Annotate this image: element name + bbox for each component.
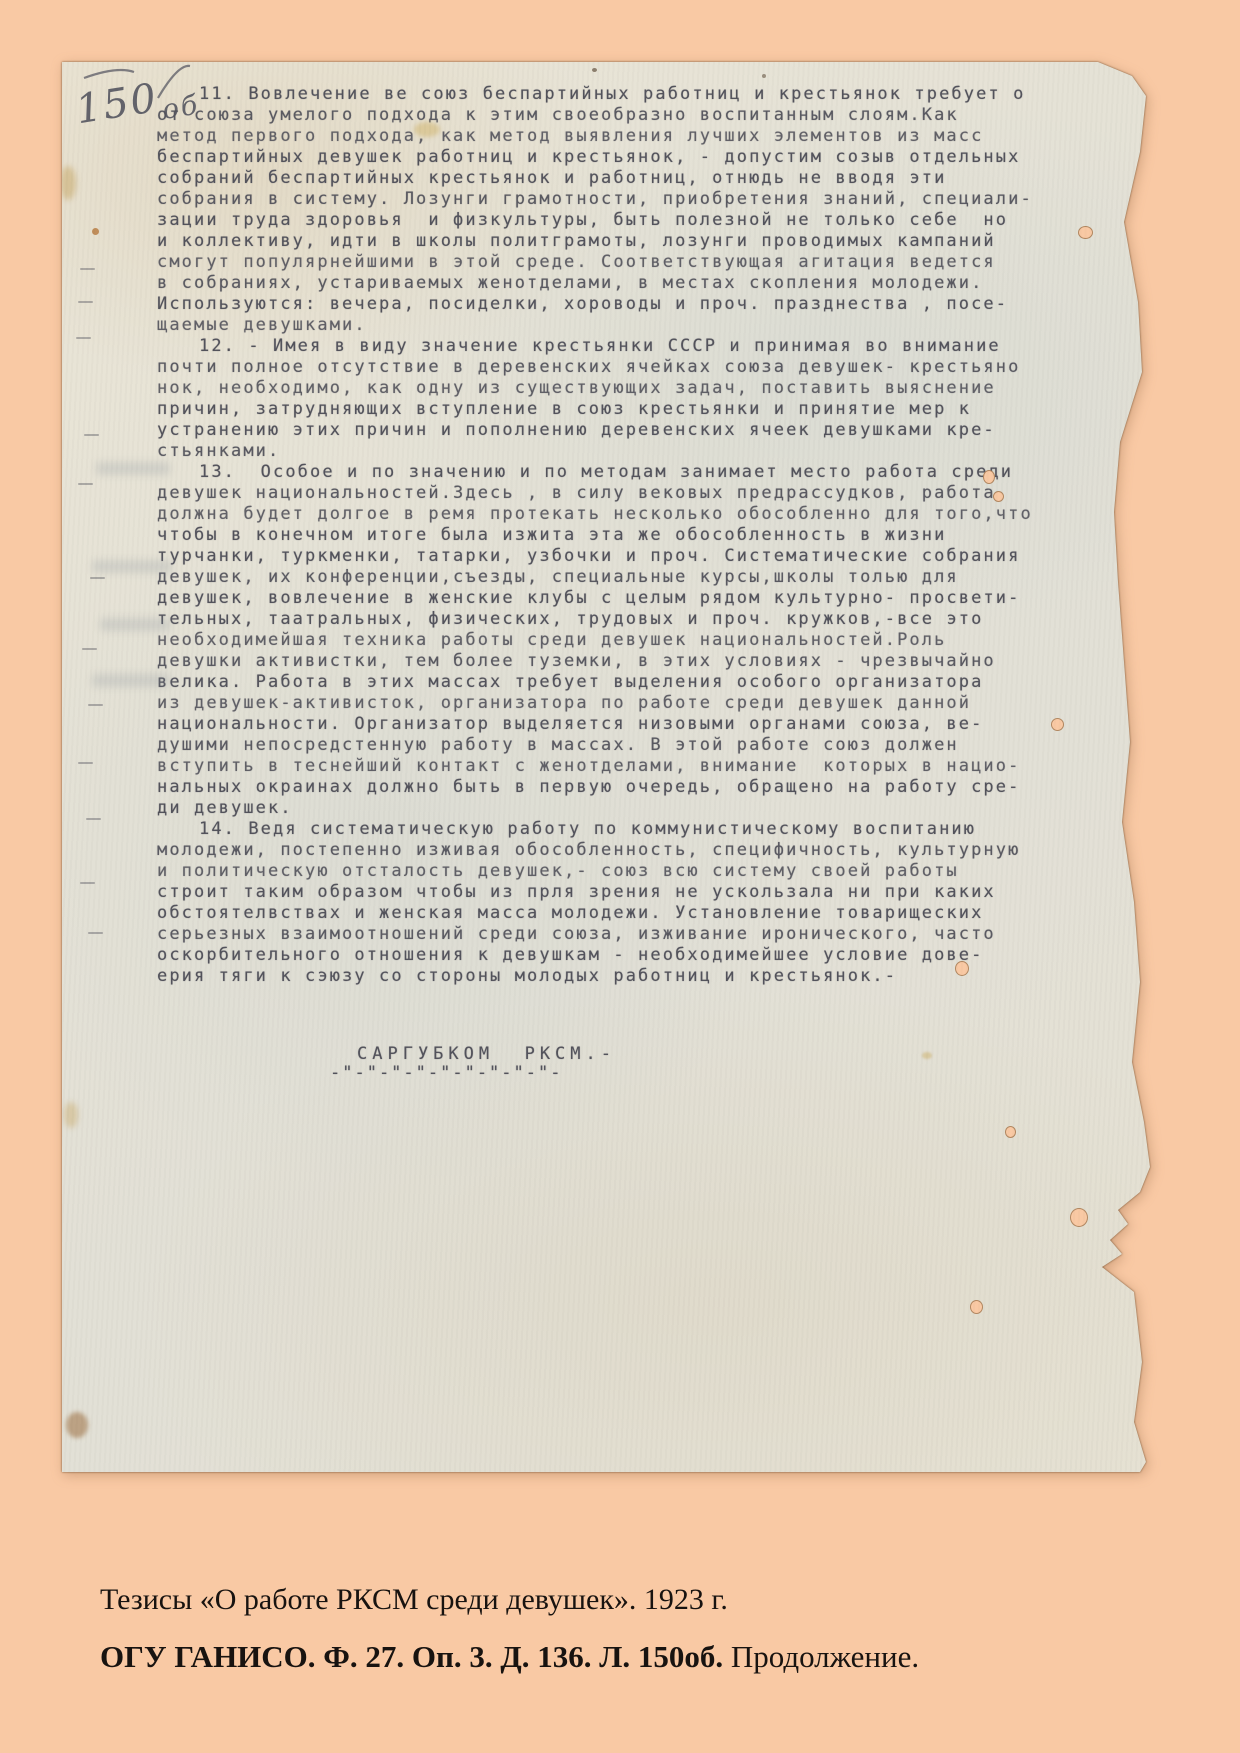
- text-line: от союза умелого подхода к этим своеобра…: [157, 105, 1147, 126]
- typewritten-text: 11. Вовлечение ве союз беспартийных рабо…: [157, 84, 1147, 987]
- pencil-mark: [86, 818, 101, 820]
- archive-page: 150об 11. Вовлечение ве союз беспартийны…: [62, 62, 1154, 1472]
- text-line: девушки активистки, тем более туземки, в…: [157, 651, 1147, 672]
- text-line: нок, необходимо, как одну из существующи…: [157, 378, 1147, 399]
- text-line: Используются: вечера, посиделки, хоровод…: [157, 294, 1147, 315]
- paper-hole: [1078, 226, 1093, 239]
- stain: [60, 166, 76, 200]
- paper-hole: [970, 1300, 983, 1314]
- pencil-mark: [84, 434, 99, 436]
- paper-hole: [955, 961, 969, 976]
- text-line: причин, затрудняющих вступление в союз к…: [157, 399, 1147, 420]
- text-line: в собраниях, устариваемых женотделами, в…: [157, 273, 1147, 294]
- text-line: необходимейшая техника работы среди деву…: [157, 630, 1147, 651]
- text-line: обстоятелвствах и женская масса молодежи…: [157, 903, 1147, 924]
- text-line: собрания в систему. Лозунги грамотности,…: [157, 189, 1147, 210]
- stain: [92, 228, 99, 235]
- text-line: из девушек-активисток, организатора по р…: [157, 693, 1147, 714]
- text-line: национальности. Организатор выделяется н…: [157, 714, 1147, 735]
- text-line: 11. Вовлечение ве союз беспартийных рабо…: [157, 84, 1147, 105]
- text-line: 14. Ведя систематическую работу по комму…: [157, 819, 1147, 840]
- text-line: девушек, вовлечение в женские клубы с це…: [157, 588, 1147, 609]
- paper-hole: [993, 491, 1004, 502]
- signature-underline: -"-"-"-"-"-"-"-"-"-: [330, 1063, 562, 1083]
- text-line: строит таким образом чтобы из прля зрени…: [157, 882, 1147, 903]
- text-line: щаемые девушками.: [157, 315, 1147, 336]
- text-line: вступить в теснейший контакт с женотдела…: [157, 756, 1147, 777]
- stain: [66, 1412, 88, 1438]
- stain: [592, 68, 597, 72]
- text-line: 13. Особое и по значению и по методам за…: [157, 462, 1147, 483]
- stain: [64, 1102, 78, 1128]
- text-line: беспартийных девушек работниц и крестьян…: [157, 147, 1147, 168]
- pencil-mark: [80, 268, 95, 270]
- text-line: устранению этих причин и пополнению дере…: [157, 420, 1147, 441]
- stain: [762, 74, 766, 78]
- caption-title: Тезисы «О работе РКСМ среди девушек». 19…: [100, 1582, 1180, 1618]
- caption-reference-regular: Продолжение.: [723, 1639, 919, 1674]
- pencil-mark: [82, 648, 97, 650]
- paper-hole: [1051, 718, 1064, 731]
- text-line: оскорбительного отношения к девушкам - н…: [157, 945, 1147, 966]
- caption-reference: ОГУ ГАНИСО. Ф. 27. Оп. 3. Д. 136. Л. 150…: [100, 1638, 1180, 1676]
- text-line: и коллективу, идти в школы политграмоты,…: [157, 231, 1147, 252]
- text-line: тельных, таатральных, физических, трудов…: [157, 609, 1147, 630]
- pencil-mark: [88, 932, 103, 934]
- pencil-mark: [90, 577, 105, 579]
- text-line: ерия тяги к сэюзу со стороны молодых раб…: [157, 966, 1147, 987]
- text-line: душими непосредстенную работу в массах. …: [157, 735, 1147, 756]
- ghost-text-smudge: [92, 560, 172, 573]
- paper-hole: [1005, 1126, 1016, 1138]
- pencil-mark: [78, 762, 93, 764]
- ghost-text-smudge: [100, 618, 170, 631]
- text-line: девушек, их конференции,съезды, специаль…: [157, 567, 1147, 588]
- paragraph: 14. Ведя систематическую работу по комму…: [157, 819, 1147, 987]
- pencil-mark: [76, 337, 91, 339]
- pencil-mark: [80, 882, 95, 884]
- text-line: должна будет долгое в ремя протекать нес…: [157, 504, 1147, 525]
- text-line: и политическую отсталость девушек,- союз…: [157, 861, 1147, 882]
- caption-reference-bold: ОГУ ГАНИСО. Ф. 27. Оп. 3. Д. 136. Л. 150…: [100, 1639, 723, 1674]
- text-line: смогут популярнейшими в этой среде. Соот…: [157, 252, 1147, 273]
- text-line: собраний беспартийных крестьянок и работ…: [157, 168, 1147, 189]
- text-line: серьезных взаимоотношений среди союза, и…: [157, 924, 1147, 945]
- folio-number: 150: [73, 75, 162, 133]
- text-line: почти полное отсутствие в деревенских яч…: [157, 357, 1147, 378]
- text-line: нальных окраинах должно быть в первую оч…: [157, 777, 1147, 798]
- pencil-mark: [78, 301, 93, 303]
- pencil-mark: [78, 483, 93, 485]
- paragraph: 13. Особое и по значению и по методам за…: [157, 462, 1147, 819]
- pencil-mark: [88, 704, 103, 706]
- signature-line: САРГУБКОМ РКСМ.-: [357, 1044, 616, 1064]
- text-line: молодежи, постепенно изживая обособленно…: [157, 840, 1147, 861]
- text-line: стьянками.: [157, 441, 1147, 462]
- ghost-text-smudge: [92, 674, 170, 687]
- text-line: ди девушек.: [157, 798, 1147, 819]
- stain: [922, 1052, 932, 1059]
- text-line: 12. - Имея в виду значение крестьянки СС…: [157, 336, 1147, 357]
- text-line: велика. Работа в этих массах требует выд…: [157, 672, 1147, 693]
- paragraph: 11. Вовлечение ве союз беспартийных рабо…: [157, 84, 1147, 336]
- paragraph: 12. - Имея в виду значение крестьянки СС…: [157, 336, 1147, 462]
- text-line: чтобы в конечном итоге была изжита эта ж…: [157, 525, 1147, 546]
- archive-page-wrapper: 150об 11. Вовлечение ве союз беспартийны…: [62, 62, 1154, 1472]
- ghost-text-smudge: [96, 462, 170, 475]
- text-line: зации труда здоровья и физкультуры, быть…: [157, 210, 1147, 231]
- caption: Тезисы «О работе РКСМ среди девушек». 19…: [100, 1582, 1180, 1676]
- text-line: турчанки, туркменки, татарки, узбочки и …: [157, 546, 1147, 567]
- paper-hole: [983, 470, 995, 484]
- text-line: метод первого подхода, как метод выявлен…: [157, 126, 1147, 147]
- paper-hole: [1070, 1208, 1088, 1227]
